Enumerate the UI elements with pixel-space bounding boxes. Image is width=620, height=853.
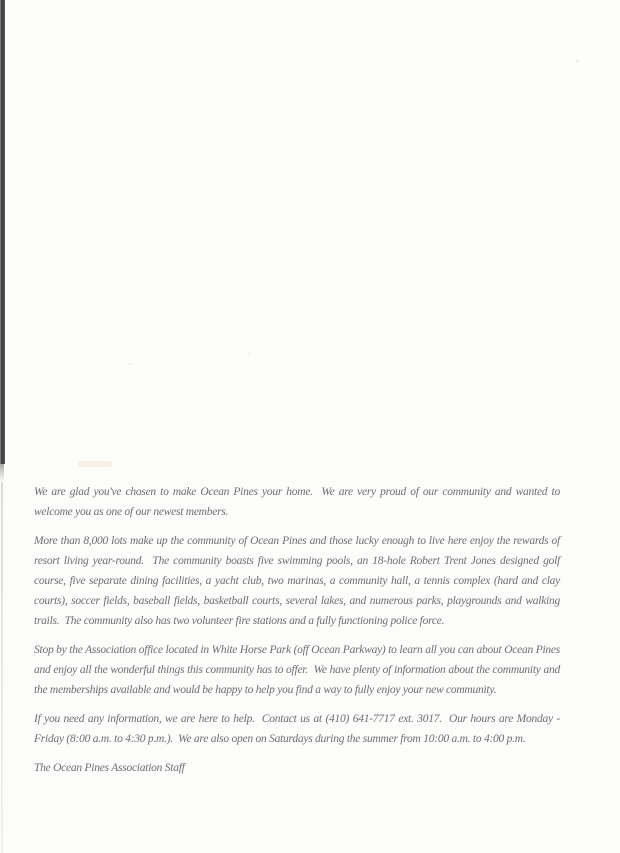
scan-speck	[128, 363, 131, 365]
scan-speck	[576, 60, 579, 63]
scan-smudge	[78, 461, 112, 467]
scan-edge-artifact-tip	[0, 464, 4, 482]
letter-body: We are glad you've chosen to make Ocean …	[34, 482, 560, 787]
letter-paragraph-contact-info: If you need any information, we are here…	[34, 709, 560, 749]
letter-paragraph-community: More than 8,000 lots make up the communi…	[34, 531, 560, 631]
letter-paragraph-association-office: Stop by the Association office located i…	[34, 640, 560, 700]
letter-signature: The Ocean Pines Association Staff	[34, 758, 560, 778]
letter-paragraph-welcome: We are glad you've chosen to make Ocean …	[34, 482, 560, 522]
scanned-letter-page: We are glad you've chosen to make Ocean …	[0, 0, 620, 853]
scan-edge-artifact	[0, 0, 5, 464]
scan-edge-hairline	[1, 482, 3, 853]
scan-speck	[248, 353, 250, 355]
